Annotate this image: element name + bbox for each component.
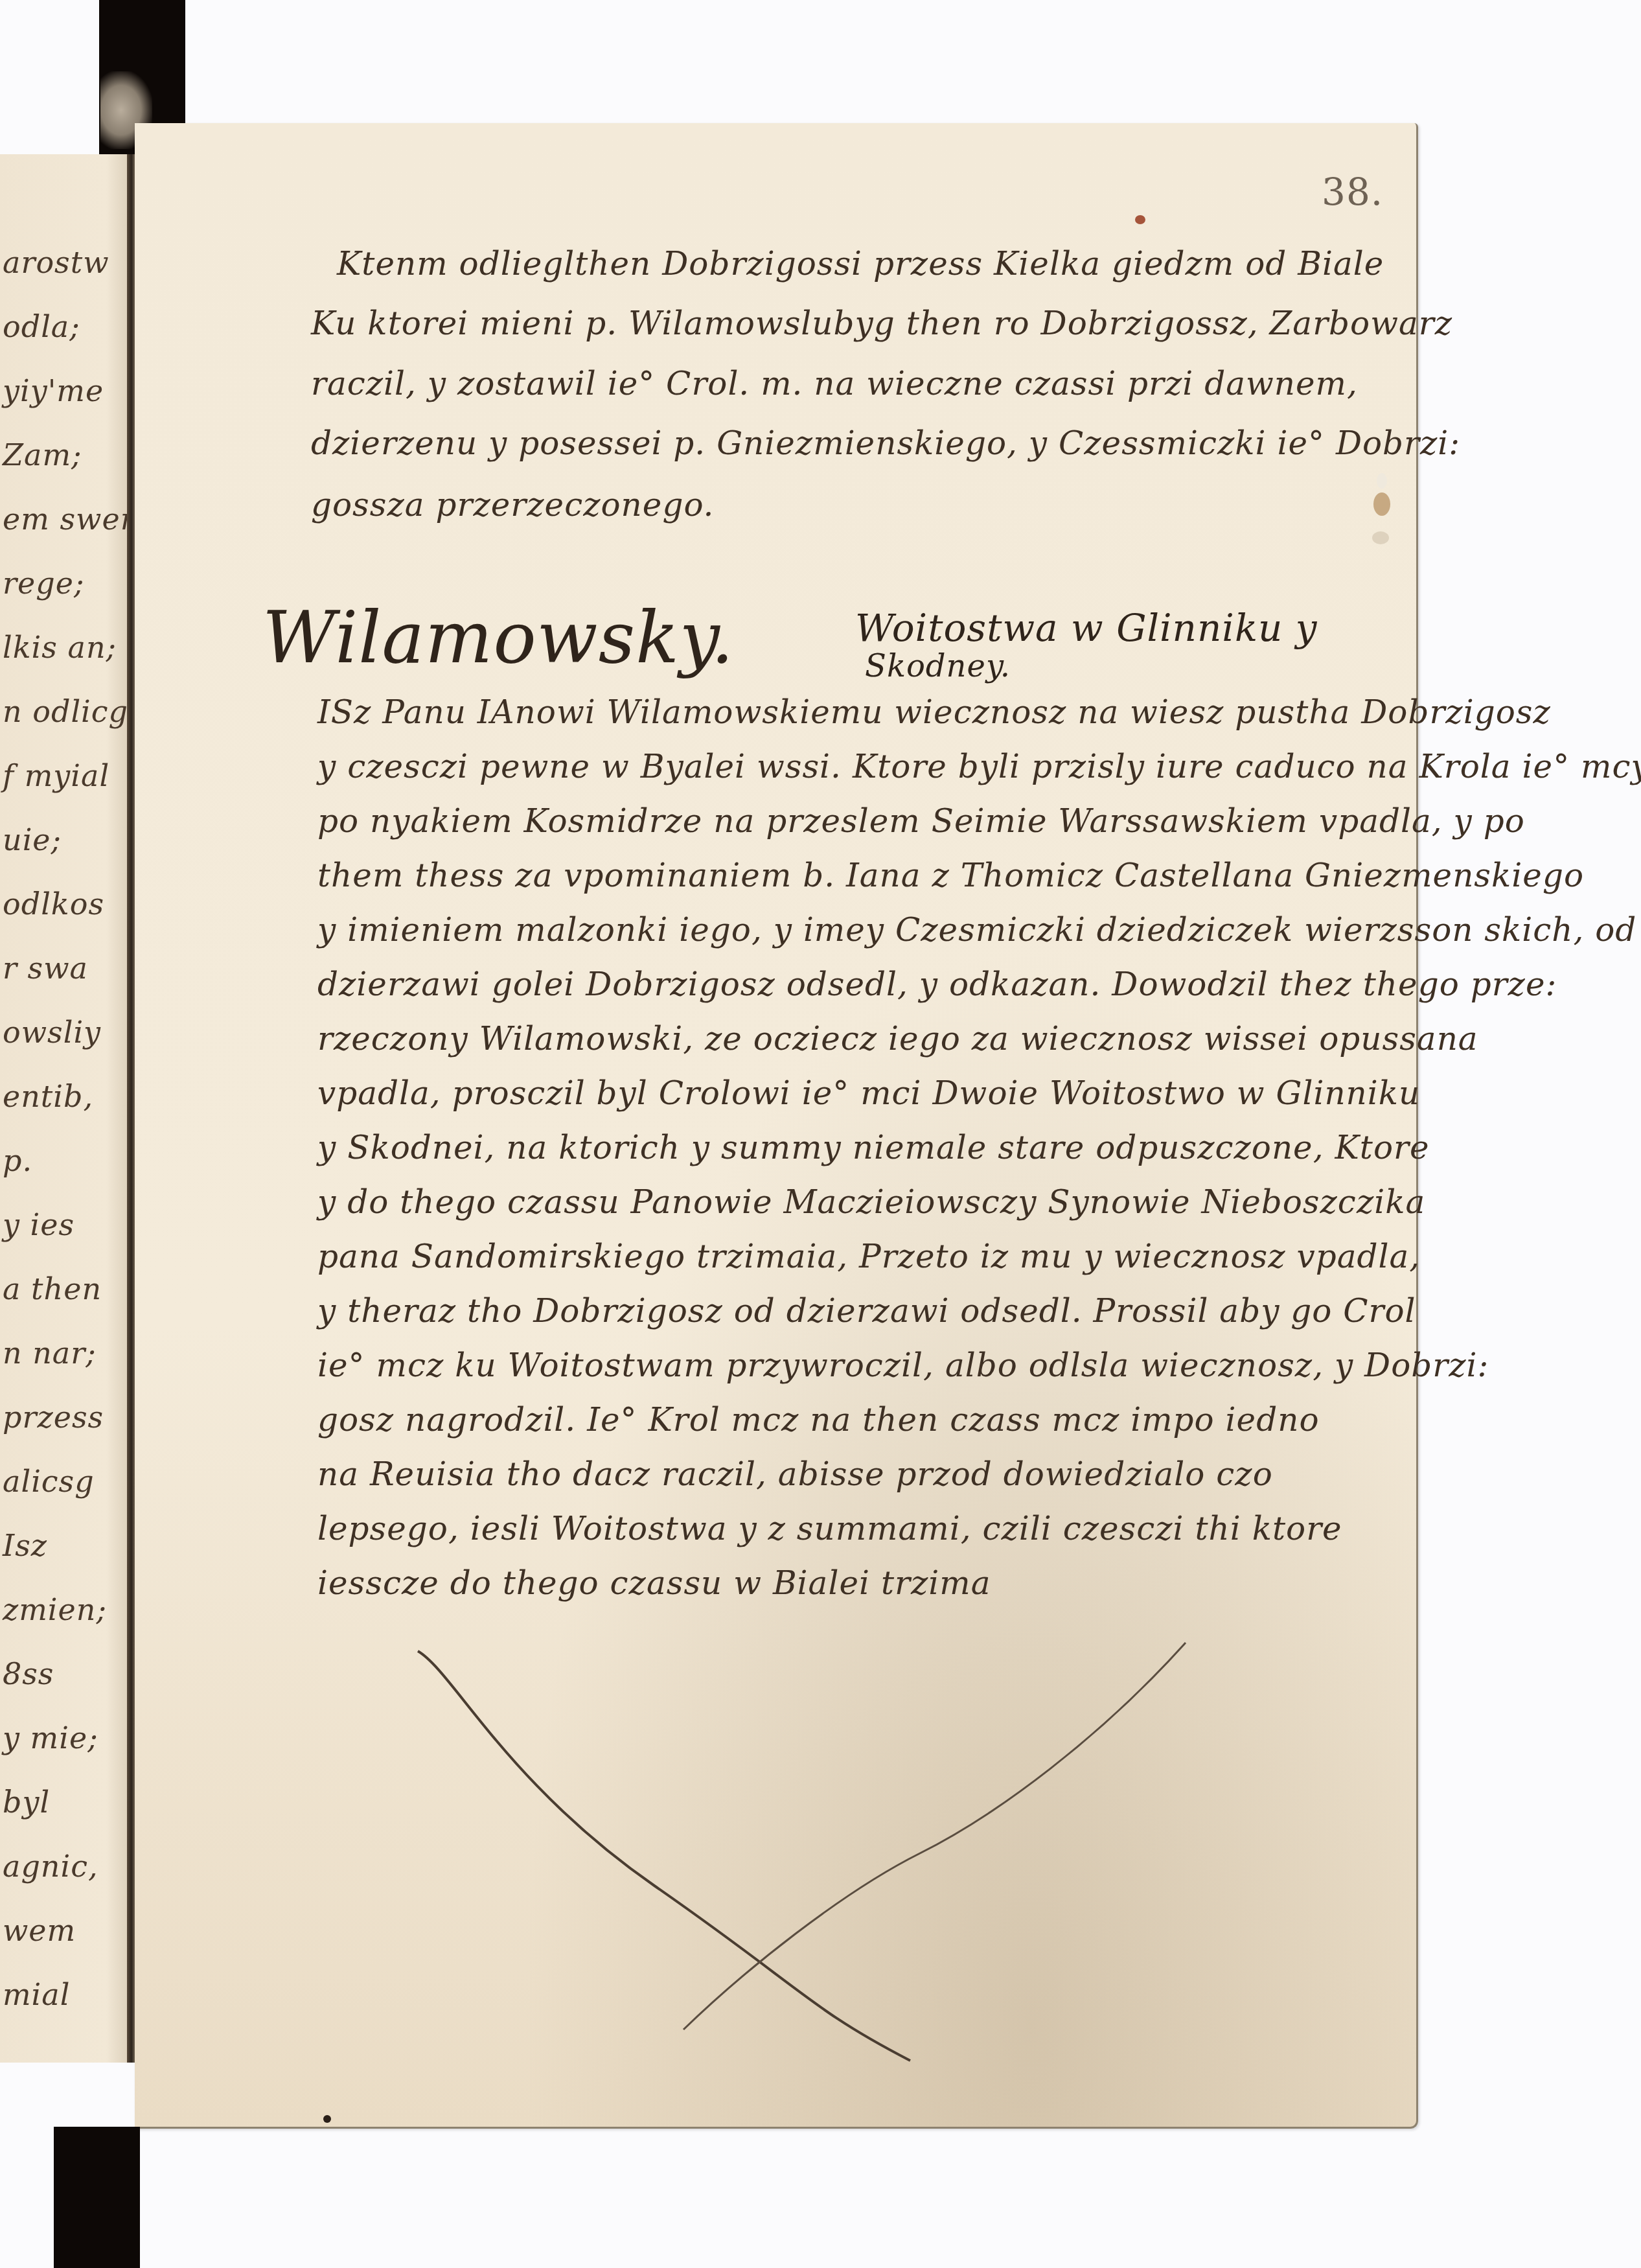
cancellation-cross-icon <box>0 0 1641 2268</box>
